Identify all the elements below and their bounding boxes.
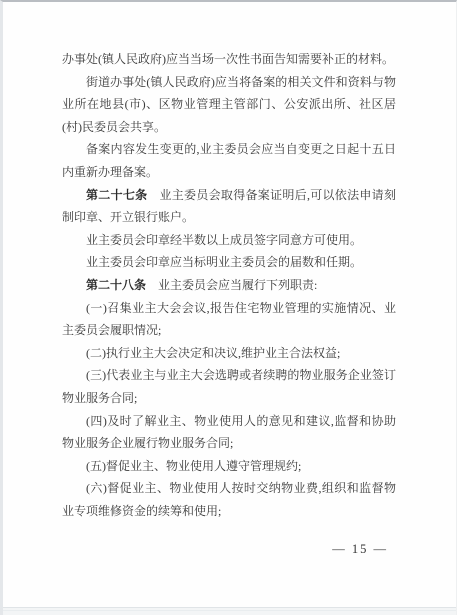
document-body: 办事处(镇人民政府)应当当场一次性书面告知需要补正的材料。 街道办事处(镇人民政… bbox=[62, 48, 396, 522]
article-number: 第二十八条 bbox=[86, 278, 146, 292]
paragraph: (五)督促业主、物业使用人遵守管理规约; bbox=[62, 455, 396, 478]
paragraph-text: 业主委员会应当履行下列职责: bbox=[158, 278, 317, 292]
paragraph: 办事处(镇人民政府)应当当场一次性书面告知需要补正的材料。 bbox=[62, 48, 396, 71]
paragraph: 第二十八条业主委员会应当履行下列职责: bbox=[62, 274, 396, 297]
paragraph: 业主委员会印章应当标明业主委员会的届数和任期。 bbox=[62, 251, 396, 274]
scanned-document-page: 办事处(镇人民政府)应当当场一次性书面告知需要补正的材料。 街道办事处(镇人民政… bbox=[0, 0, 457, 615]
paragraph: 备案内容发生变更的,业主委员会应当自变更之日起十五日内重新办理备案。 bbox=[62, 138, 396, 183]
paragraph-text: (一)召集业主大会会议,报告住宅物业管理的实施情况、业主委员会履职情况; bbox=[62, 301, 396, 338]
paragraph: (四)及时了解业主、物业使用人的意见和建议,监督和协助物业服务企业履行物业服务合… bbox=[62, 410, 396, 455]
paragraph-text: (四)及时了解业主、物业使用人的意见和建议,监督和协助物业服务企业履行物业服务合… bbox=[62, 414, 396, 451]
page-number: — 15 — bbox=[332, 542, 388, 557]
paragraph: 业主委员会印章经半数以上成员签字同意方可使用。 bbox=[62, 229, 396, 252]
page-bottom-edge bbox=[3, 607, 456, 615]
paragraph: 街道办事处(镇人民政府)应当将备案的相关文件和资料与物业所在地县(市)、区物业管… bbox=[62, 71, 396, 139]
paragraph: (三)代表业主与业主大会选聘或者续聘的物业服务企业签订物业服务合同; bbox=[62, 364, 396, 409]
paragraph-text: 备案内容发生变更的,业主委员会应当自变更之日起十五日内重新办理备案。 bbox=[62, 142, 396, 179]
paragraph-text: (六)督促业主、物业使用人按时交纳物业费,组织和监督物业专项维修资金的续筹和使用… bbox=[62, 481, 396, 518]
article-number: 第二十七条 bbox=[86, 188, 147, 202]
paragraph-text: 业主委员会印章应当标明业主委员会的届数和任期。 bbox=[86, 255, 362, 269]
paragraph-text: (二)执行业主大会决定和决议,维护业主合法权益; bbox=[86, 346, 340, 360]
paragraph-text: 办事处(镇人民政府)应当当场一次性书面告知需要补正的材料。 bbox=[62, 52, 394, 66]
paragraph: (一)召集业主大会会议,报告住宅物业管理的实施情况、业主委员会履职情况; bbox=[62, 297, 396, 342]
paragraph-text: (五)督促业主、物业使用人遵守管理规约; bbox=[86, 459, 301, 473]
paragraph: (六)督促业主、物业使用人按时交纳物业费,组织和监督物业专项维修资金的续筹和使用… bbox=[62, 477, 396, 522]
paragraph: (二)执行业主大会决定和决议,维护业主合法权益; bbox=[62, 342, 396, 365]
paragraph-text: 业主委员会印章经半数以上成员签字同意方可使用。 bbox=[86, 233, 362, 247]
paragraph-text: 街道办事处(镇人民政府)应当将备案的相关文件和资料与物业所在地县(市)、区物业管… bbox=[62, 75, 396, 134]
paragraph-text: (三)代表业主与业主大会选聘或者续聘的物业服务企业签订物业服务合同; bbox=[62, 368, 396, 405]
paragraph: 第二十七条业主委员会取得备案证明后,可以依法申请刻制印章、开立银行账户。 bbox=[62, 184, 396, 229]
